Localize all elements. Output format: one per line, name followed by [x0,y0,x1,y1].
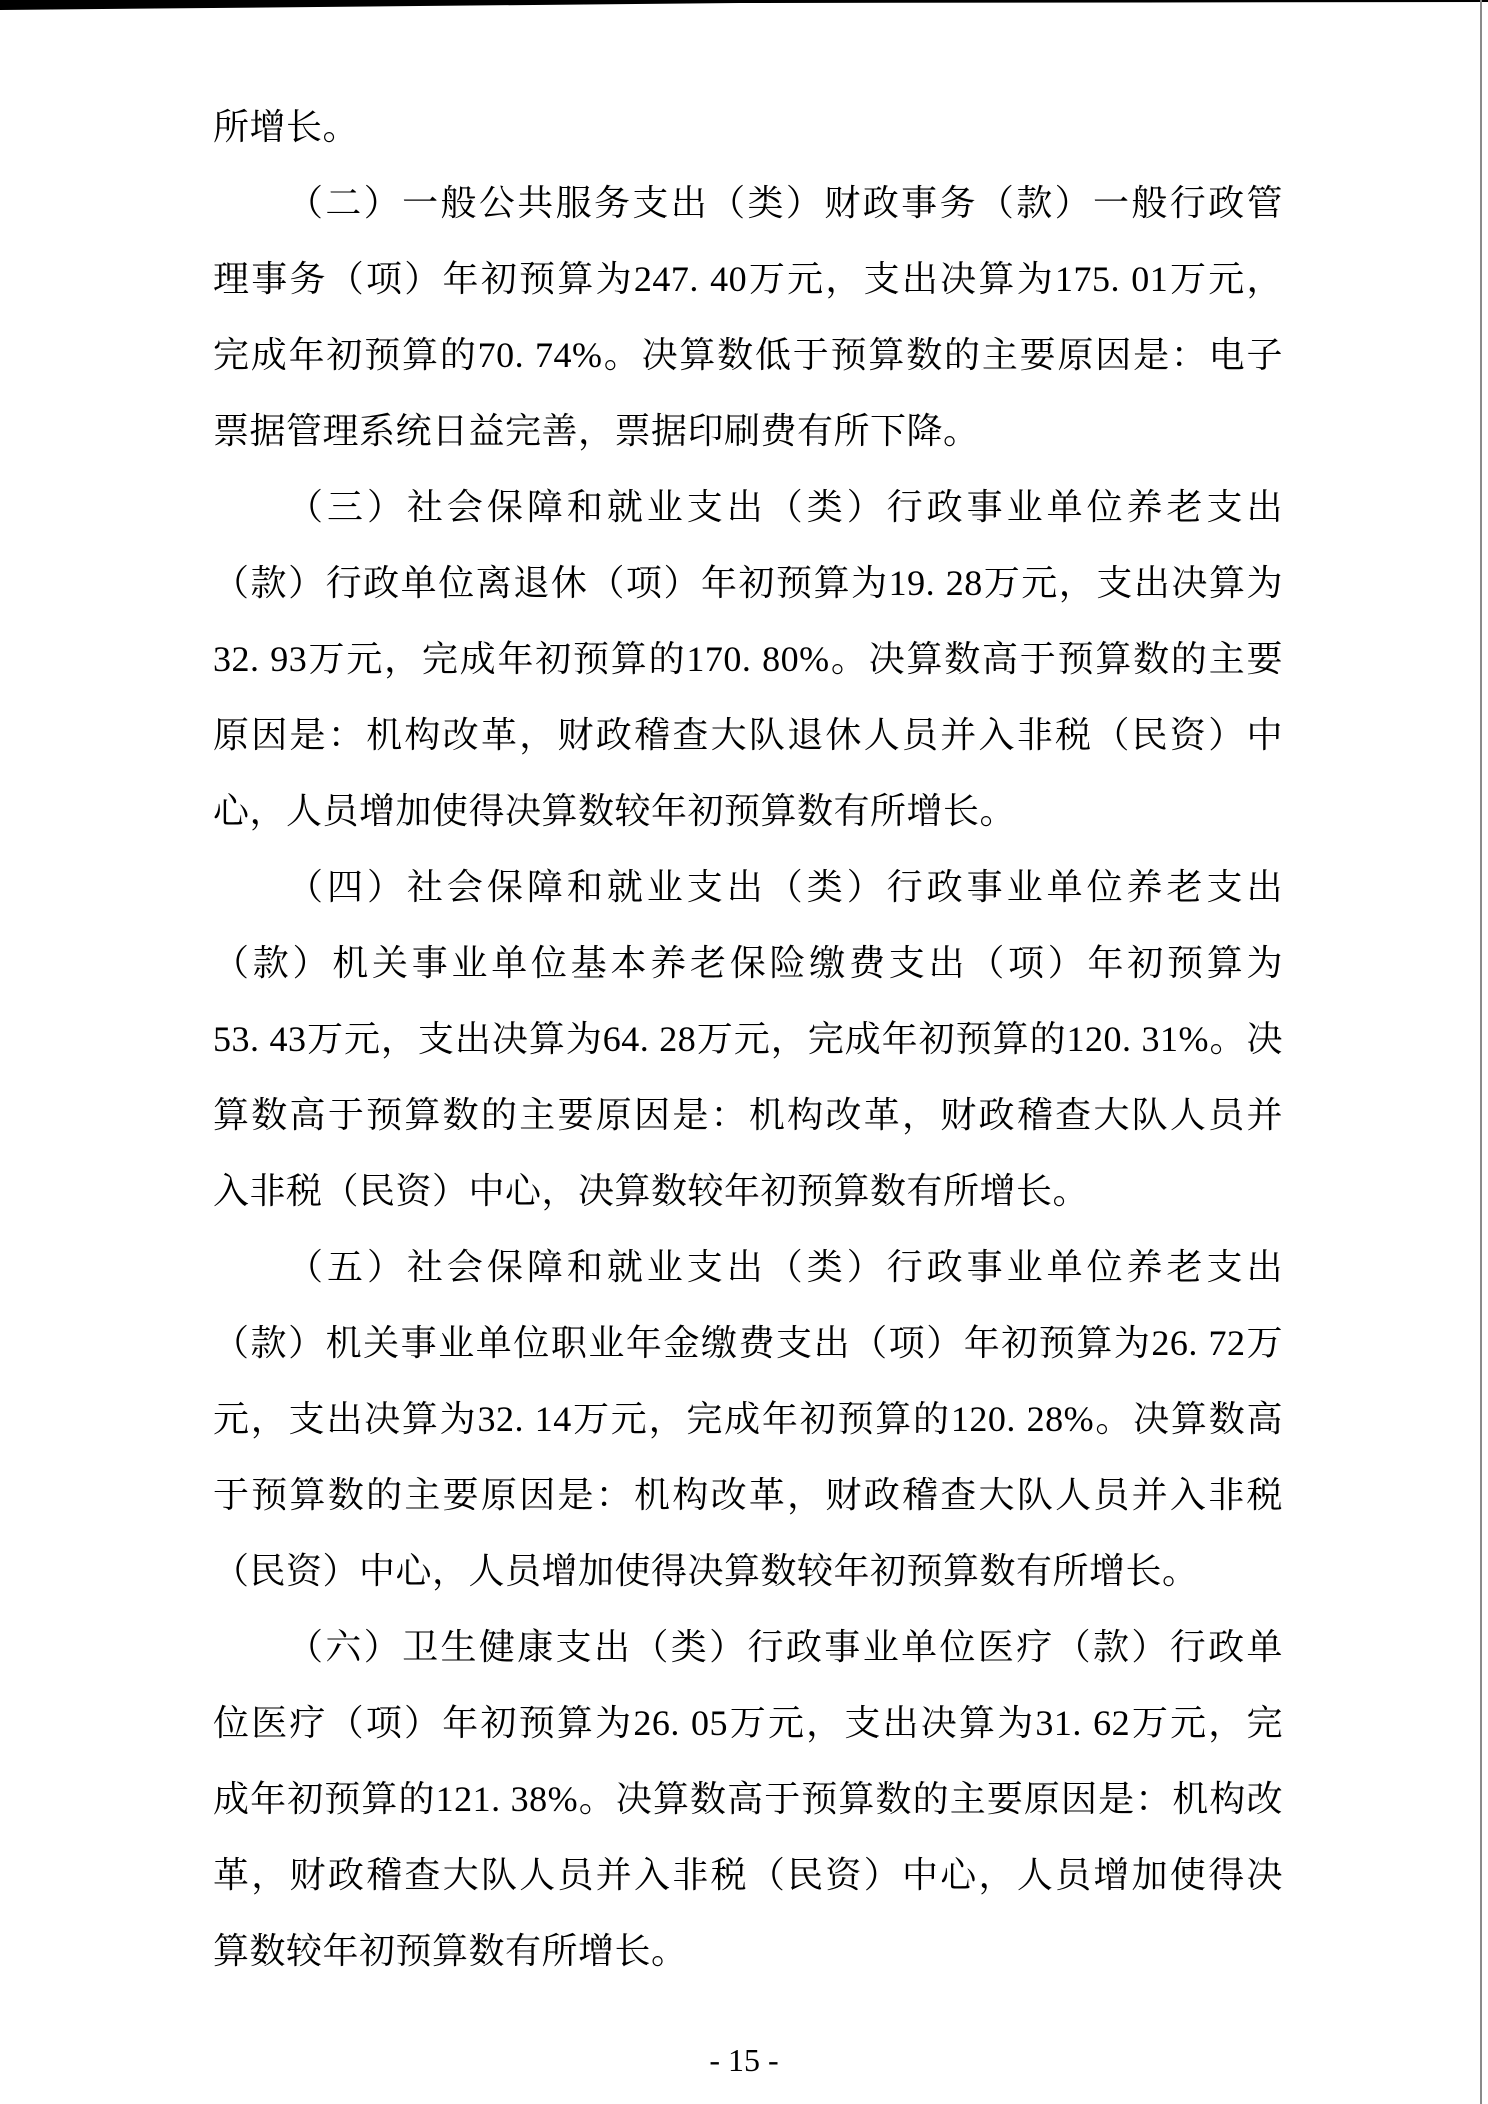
text-line: 成年初预算的121. 38%。决算数高于预算数的主要原因是：机构改 [213,1761,1283,1837]
page-number: - 15 - [0,2038,1488,2082]
text-line: （六）卫生健康支出（类）行政事业单位医疗（款）行政单 [213,1609,1283,1685]
document-body: 所增长。 （二）一般公共服务支出（类）财政事务（款）一般行政管 理事务（项）年初… [213,89,1283,1989]
paragraph: （三）社会保障和就业支出（类）行政事业单位养老支出 （款）行政单位离退休（项）年… [213,469,1283,849]
text-line: 所增长。 [213,89,1283,165]
text-line: 心，人员增加使得决算数较年初预算数有所增长。 [213,773,1283,849]
text-line: （四）社会保障和就业支出（类）行政事业单位养老支出 [213,849,1283,925]
text-line: （三）社会保障和就业支出（类）行政事业单位养老支出 [213,469,1283,545]
text-line: 革，财政稽查大队人员并入非税（民资）中心，人员增加使得决 [213,1837,1283,1913]
text-line: 53. 43万元，支出决算为64. 28万元，完成年初预算的120. 31%。决 [213,1001,1283,1077]
text-line: 票据管理系统日益完善，票据印刷费有所下降。 [213,393,1283,469]
scan-top-edge-artifact [0,0,1488,10]
text-line: 于预算数的主要原因是：机构改革，财政稽查大队人员并入非税 [213,1457,1283,1533]
text-line: 算数较年初预算数有所增长。 [213,1913,1283,1989]
text-line: 元，支出决算为32. 14万元，完成年初预算的120. 28%。决算数高 [213,1381,1283,1457]
paragraph: （二）一般公共服务支出（类）财政事务（款）一般行政管 理事务（项）年初预算为24… [213,165,1283,469]
scan-right-edge-artifact [1480,0,1482,2104]
text-line: （五）社会保障和就业支出（类）行政事业单位养老支出 [213,1229,1283,1305]
paragraph: （四）社会保障和就业支出（类）行政事业单位养老支出 （款）机关事业单位基本养老保… [213,849,1283,1229]
document-page: 所增长。 （二）一般公共服务支出（类）财政事务（款）一般行政管 理事务（项）年初… [0,0,1488,2104]
paragraph: （六）卫生健康支出（类）行政事业单位医疗（款）行政单 位医疗（项）年初预算为26… [213,1609,1283,1989]
text-line: （民资）中心，人员增加使得决算数较年初预算数有所增长。 [213,1533,1283,1609]
text-line: 位医疗（项）年初预算为26. 05万元，支出决算为31. 62万元，完 [213,1685,1283,1761]
text-line: （款）机关事业单位基本养老保险缴费支出（项）年初预算为 [213,925,1283,1001]
text-line: （款）行政单位离退休（项）年初预算为19. 28万元，支出决算为 [213,545,1283,621]
text-line: 入非税（民资）中心，决算数较年初预算数有所增长。 [213,1153,1283,1229]
text-line: （二）一般公共服务支出（类）财政事务（款）一般行政管 [213,165,1283,241]
paragraph: （五）社会保障和就业支出（类）行政事业单位养老支出 （款）机关事业单位职业年金缴… [213,1229,1283,1609]
text-line: 原因是：机构改革，财政稽查大队退休人员并入非税（民资）中 [213,697,1283,773]
text-line: 32. 93万元，完成年初预算的170. 80%。决算数高于预算数的主要 [213,621,1283,697]
text-line: 算数高于预算数的主要原因是：机构改革，财政稽查大队人员并 [213,1077,1283,1153]
text-line: 理事务（项）年初预算为247. 40万元，支出决算为175. 01万元， [213,241,1283,317]
text-line: （款）机关事业单位职业年金缴费支出（项）年初预算为26. 72万 [213,1305,1283,1381]
paragraph: 所增长。 [213,89,1283,165]
text-line: 完成年初预算的70. 74%。决算数低于预算数的主要原因是：电子 [213,317,1283,393]
